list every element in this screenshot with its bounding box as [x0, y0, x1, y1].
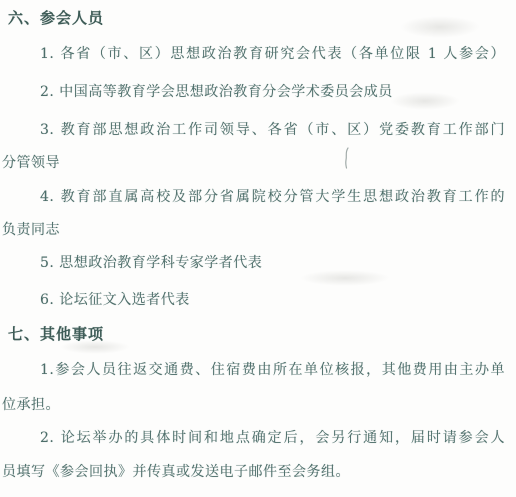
- document-page: 六、参会人员 1. 各省（市、区）思想政治教育研究会代表（各单位限 1 人参会）…: [0, 0, 516, 497]
- section-7-item-1-line-2: 位承担。: [2, 395, 60, 415]
- section-6-item-4-line-1: 4. 教育部直属高校及部分省属院校分管大学生思想政治教育工作的: [40, 187, 505, 207]
- section-6-item-3-line-2: 分管领导: [2, 153, 60, 173]
- section-7-item-2-line-1: 2. 论坛举办的具体时间和地点确定后，会另行通知，届时请参会人: [40, 428, 505, 448]
- scan-smudge: [390, 92, 460, 110]
- section-6-item-2: 2. 中国高等教育学会思想政治教育分会学术委员会成员: [40, 82, 393, 102]
- section-7-item-1-line-1: 1.参会人员往返交通费、住宿费由所在单位核报，其他费用由主办单: [40, 360, 505, 380]
- section-6-item-5: 5. 思想政治教育学科专家学者代表: [40, 253, 262, 273]
- section-7-heading: 七、其他事项: [8, 324, 104, 344]
- scan-artifact-mark: [340, 146, 354, 170]
- section-6-item-3-line-1: 3. 教育部思想政治工作司领导、各省（市、区）党委教育工作部门: [40, 120, 505, 140]
- section-6-item-6: 6. 论坛征文入选者代表: [40, 290, 190, 310]
- section-6-item-1: 1. 各省（市、区）思想政治教育研究会代表（各单位限 1 人参会）: [40, 44, 505, 64]
- scan-smudge: [400, 16, 480, 38]
- section-6-item-4-line-2: 负责同志: [2, 220, 60, 240]
- section-6-heading: 六、参会人员: [8, 8, 104, 28]
- scan-smudge: [300, 270, 390, 286]
- section-7-item-2-line-2: 员填写《参会回执》并传真或发送电子邮件至会务组。: [2, 462, 350, 482]
